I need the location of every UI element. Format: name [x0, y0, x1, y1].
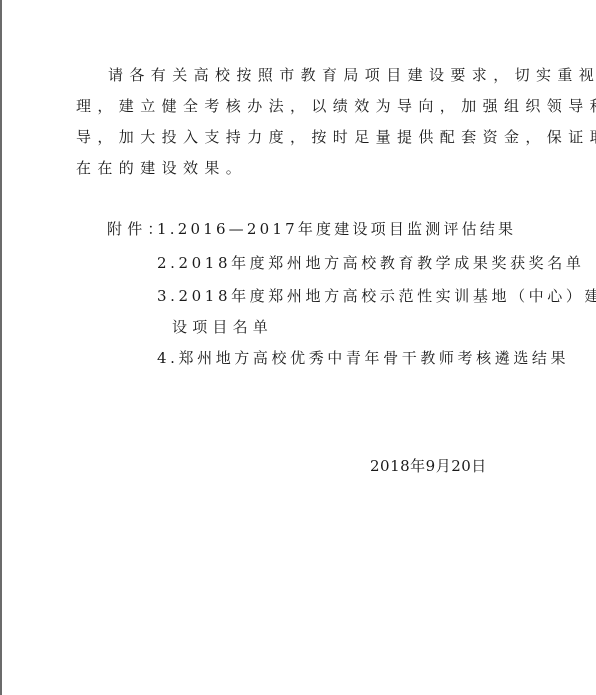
attachment-item: 1.2016—2017年度建设项目监测评估结果: [157, 219, 516, 239]
body-line: 理，建立健全考核办法，以绩效为导向，加强组织领导和业务指: [76, 91, 538, 122]
document-date: 2018年9月20日: [370, 455, 487, 476]
page-left-border: [0, 0, 2, 695]
body-line: 请各有关高校按照市教育局项目建设要求，切实重视项目管: [76, 60, 538, 91]
attachment-item: 4.郑州地方高校优秀中青年骨干教师考核遴选结果: [157, 348, 569, 368]
body-line: 在在的建设效果。: [76, 153, 538, 184]
body-paragraph: 请各有关高校按照市教育局项目建设要求，切实重视项目管 理，建立健全考核办法，以绩…: [76, 60, 538, 184]
attachment-item-continuation: 设项目名单: [172, 317, 273, 337]
attachment-item: 3.2018年度郑州地方高校示范性实训基地（中心）建: [157, 286, 596, 306]
attachment-item: 2.2018年度郑州地方高校教育教学成果奖获奖名单: [157, 253, 585, 273]
body-line: 导，加大投入支持力度，按时足量提供配套资金，保证取得实实: [76, 122, 538, 153]
